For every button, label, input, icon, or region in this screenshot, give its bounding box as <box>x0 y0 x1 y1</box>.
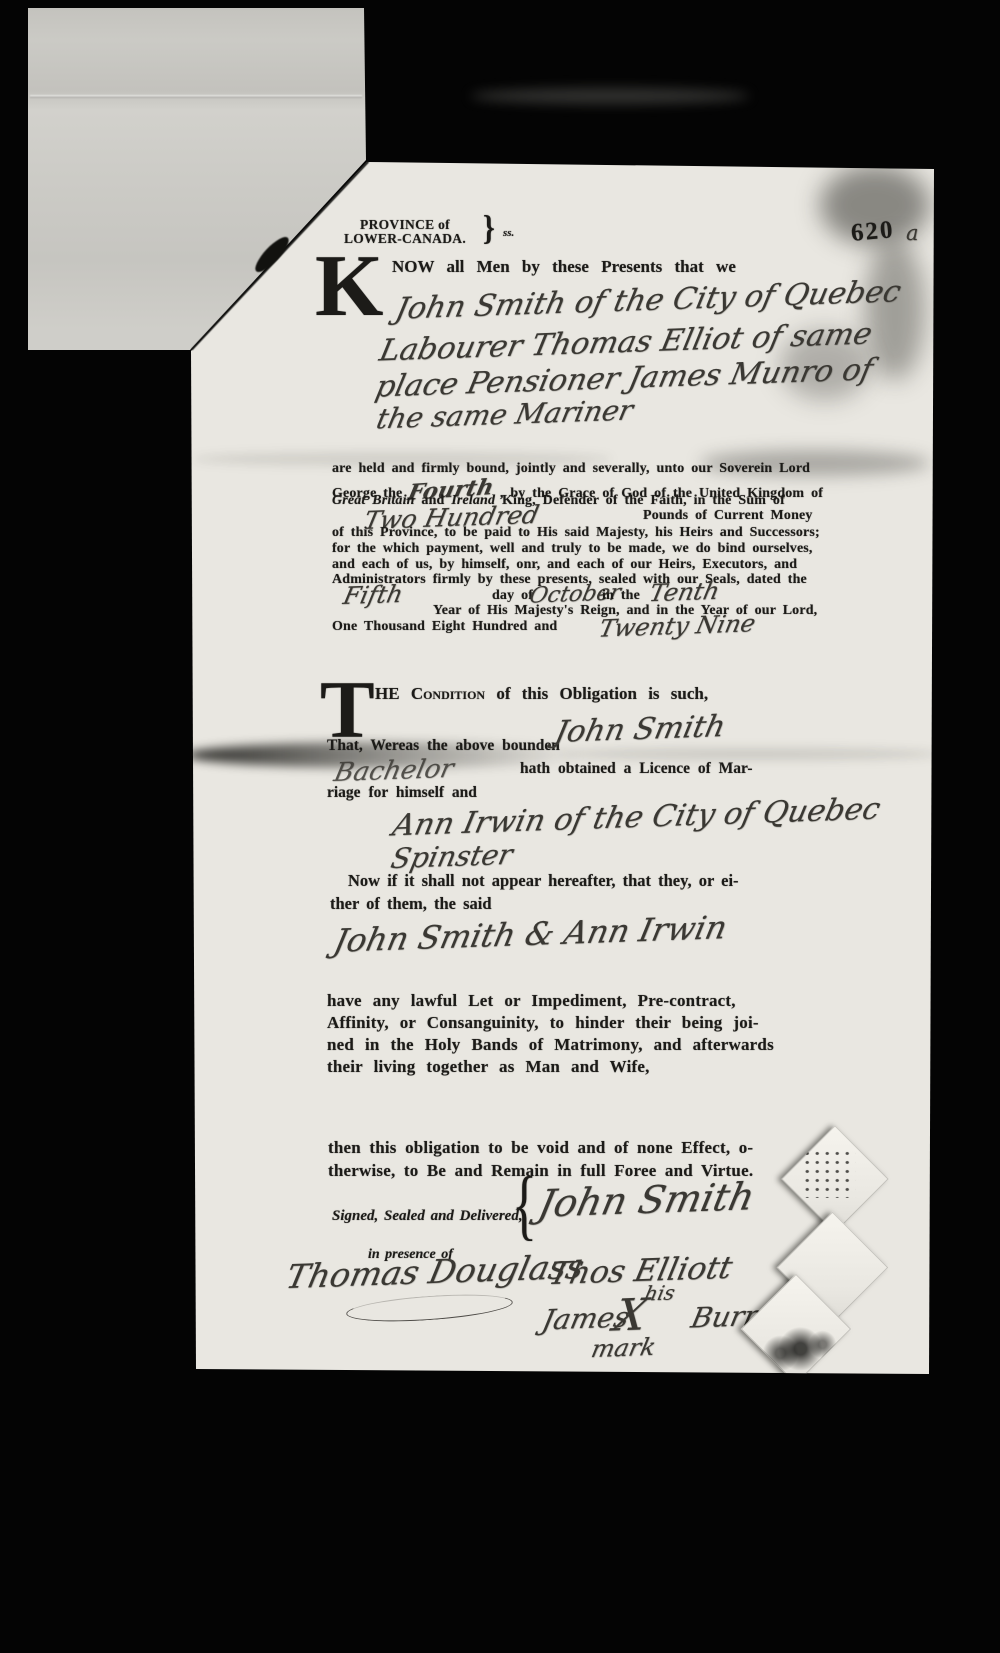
dropcap-K: K <box>315 253 381 322</box>
in-the-label: in the <box>602 588 640 604</box>
mark-word: mark <box>592 1334 655 1362</box>
seal-speckles <box>802 1149 855 1198</box>
obligors-handwritten-3: place Pensioner James Munro of <box>378 361 870 396</box>
ss-abbreviation: ss. <box>503 227 514 239</box>
bond-line-1: are held and firmly bound, jointly and s… <box>332 461 810 477</box>
void-line: then this obligation to be void and of n… <box>328 1136 753 1159</box>
year-handwritten: Twenty Nine <box>600 612 755 640</box>
signature-john-smith: John Smith <box>540 1178 753 1222</box>
day-handwritten: Fifth <box>344 581 402 609</box>
bond-line-4: Pounds of Current Money <box>643 508 813 524</box>
whereas-line: That, Wereas the above bounden <box>327 737 560 755</box>
signed-sealed-label: Signed, Sealed and Delivered, <box>332 1208 523 1225</box>
bond-line-7: and each of us, by himself, onr, and eac… <box>332 557 797 573</box>
regnal-year-handwritten: Tenth <box>650 578 719 606</box>
page-crease-line <box>30 95 362 98</box>
bride-handwritten: Ann Irwin of the City of Quebec <box>395 800 878 835</box>
hath-obtained-line: hath obtained a Licence of Mar- <box>520 760 753 778</box>
folio-number-suffix: a <box>906 221 919 245</box>
bond-line-11: One Thousand Eight Hundred and <box>332 619 557 635</box>
top-smudge <box>470 88 750 104</box>
impediment-line: Affinity, or Consanguinity, to hinder th… <box>327 1012 774 1034</box>
impediment-line: their living together as Man and Wife, <box>327 1056 774 1078</box>
microfilm-scan: PROVINCE of LOWER-CANADA. } ss. 620 a K … <box>0 0 1000 1653</box>
impediment-line: ned in the Holy Bands of Matrimony, and … <box>327 1034 774 1056</box>
signature-flourish <box>345 1290 513 1326</box>
impediment-paragraph: have any lawful Let or Impediment, Pre-c… <box>327 990 774 1078</box>
obligors-handwritten-4: the same Mariner <box>378 398 632 431</box>
opening-line: NOW all Men by these Presents that we <box>392 257 736 277</box>
impediment-line: have any lawful Let or Impediment, Pre-c… <box>327 990 774 1012</box>
couple-handwritten: John Smith & Ann Irwin <box>336 915 725 953</box>
groom-handwritten: John Smith <box>556 712 724 747</box>
smudge <box>560 748 940 760</box>
dropcap-T: T <box>320 678 373 742</box>
condition-heading: HE Condition of this Obligation is such, <box>375 684 708 704</box>
groom-status-handwritten: Bachelor <box>335 756 453 786</box>
signature-witness-douglass: Thomas Douglass <box>288 1252 582 1291</box>
now-line-2: ther of them, the said <box>330 894 492 914</box>
void-paragraph: then this obligation to be void and of n… <box>328 1136 753 1182</box>
bride-status-handwritten: Spinster <box>392 840 512 873</box>
day-of-label: day of <box>492 588 533 604</box>
province-line1: PROVINCE of <box>326 218 484 232</box>
obligors-handwritten-1: John Smith of the City of Quebec <box>398 283 898 318</box>
ss-brace: } <box>483 209 495 248</box>
execution-brace: { <box>512 1161 537 1250</box>
bond-line-5: of this Province, to be paid to His said… <box>332 525 820 541</box>
folio-number-stamp: 620 <box>850 216 896 248</box>
bond-line-6: for the which payment, well and truly to… <box>332 541 813 557</box>
now-line-1: Now if it shall not appear hereafter, th… <box>348 871 739 891</box>
